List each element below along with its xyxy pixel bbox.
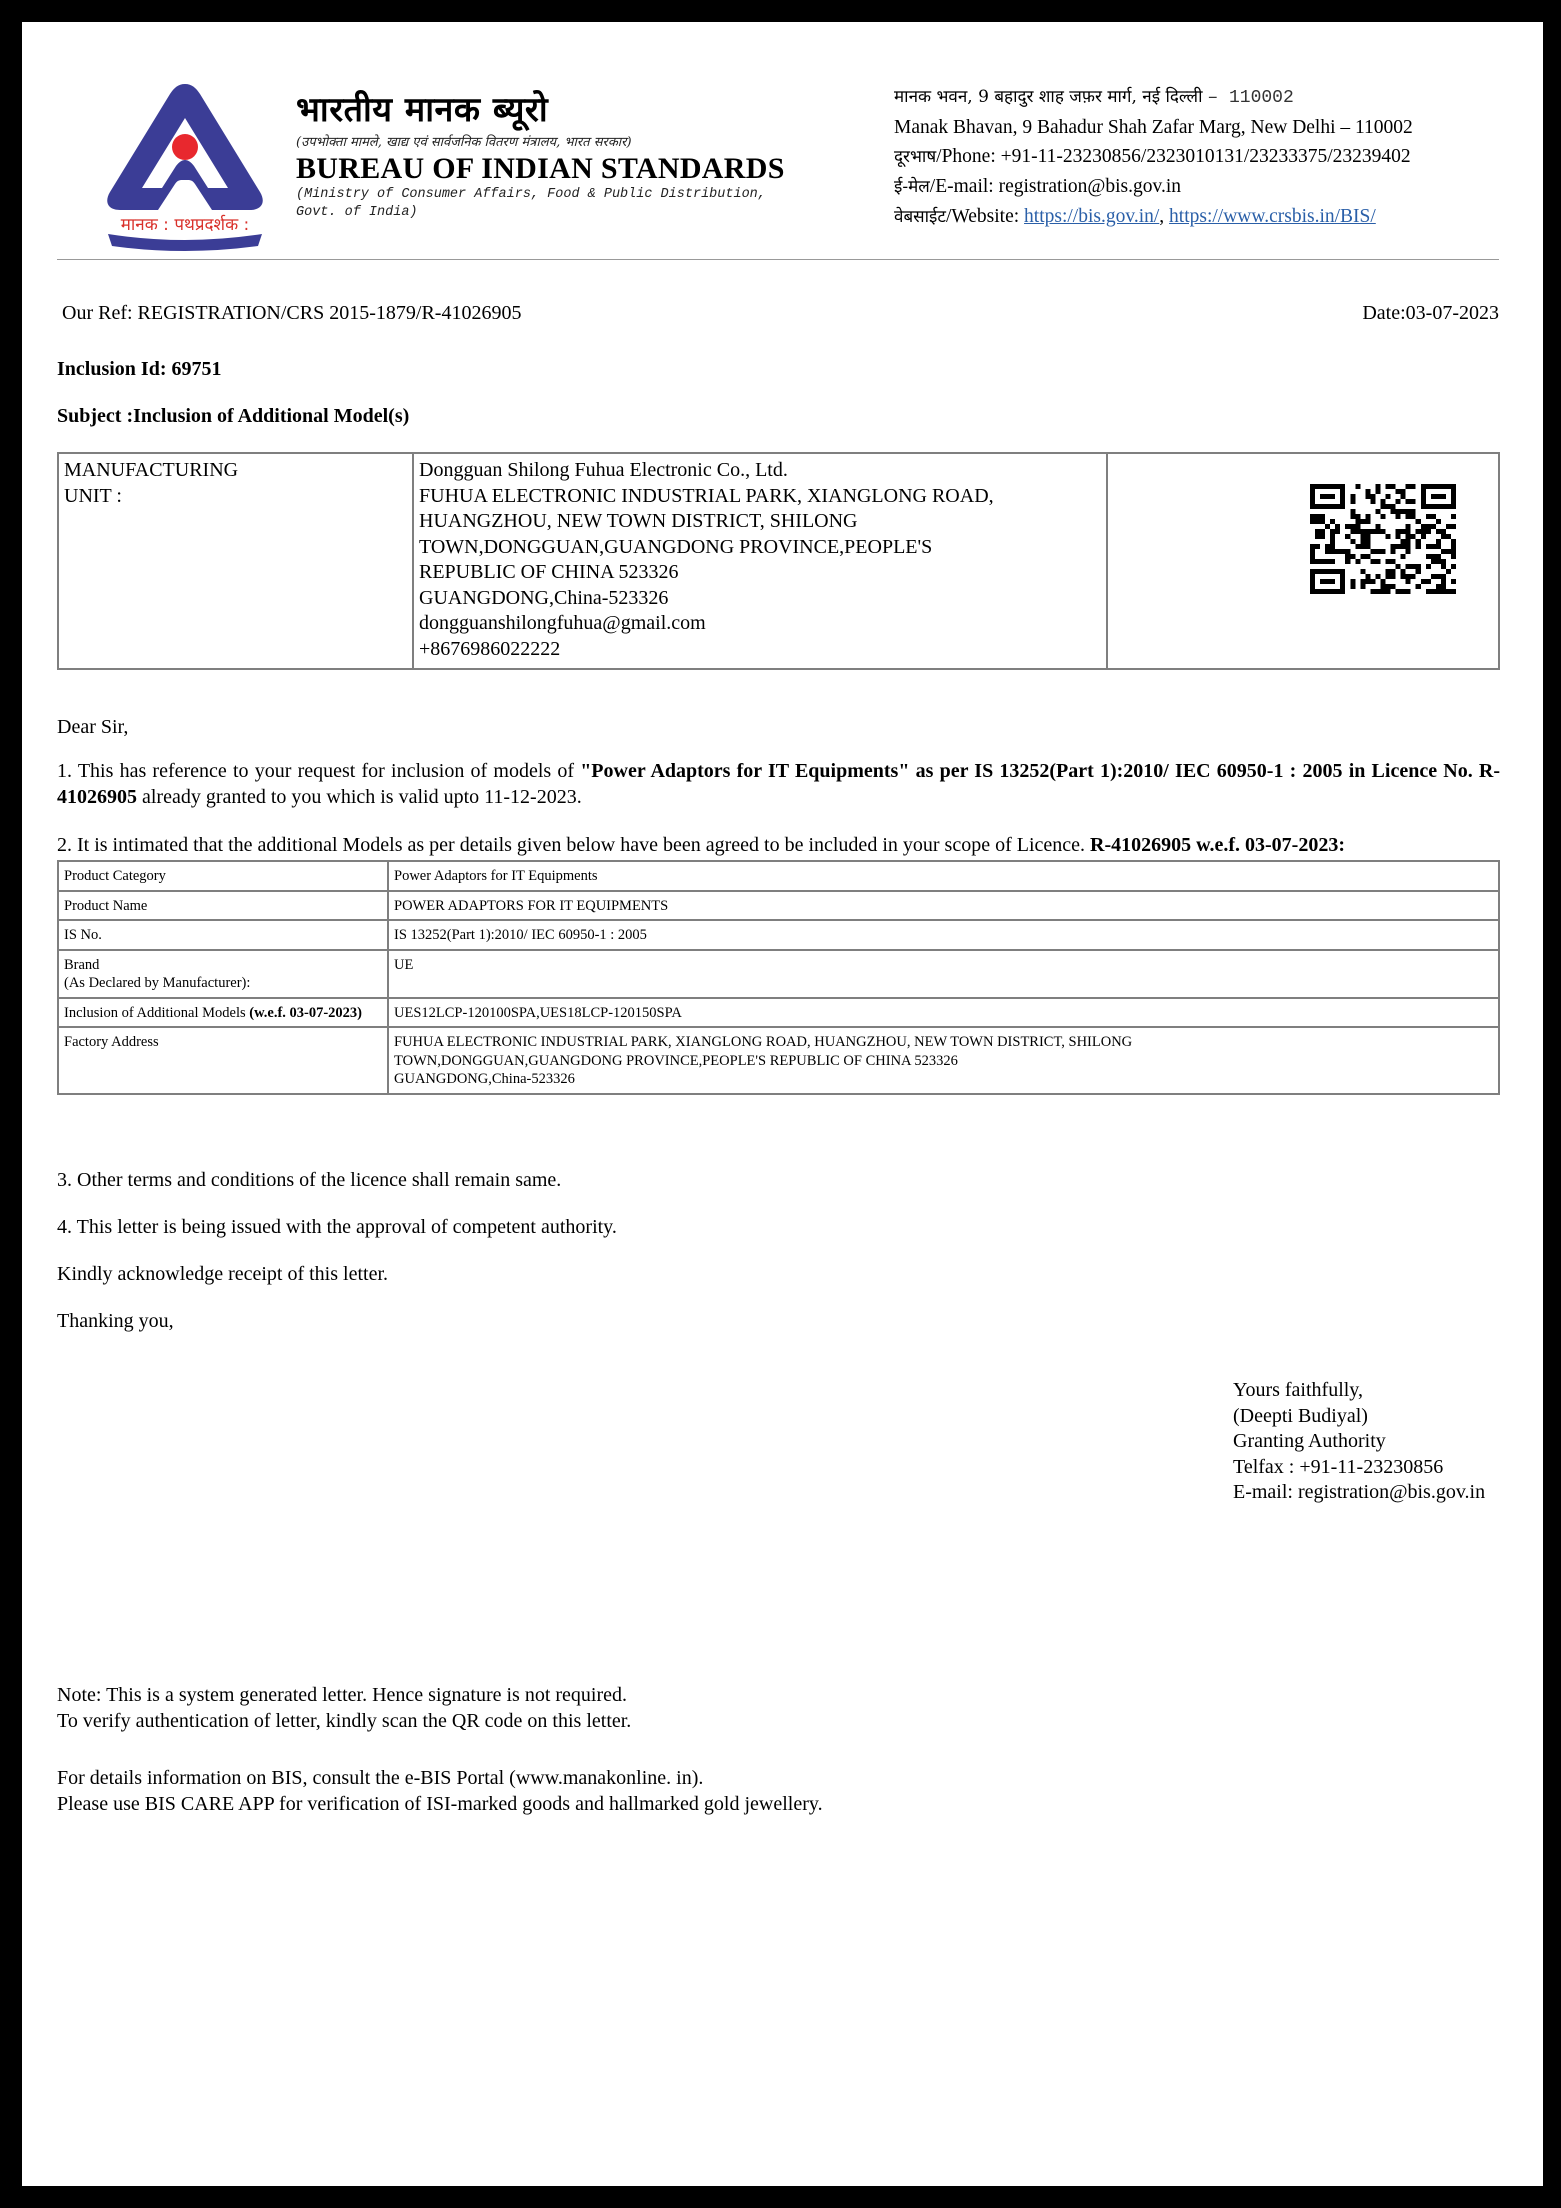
detail-key: Factory Address: [58, 1027, 388, 1094]
paragraph-3: 3. Other terms and conditions of the lic…: [57, 1167, 561, 1193]
signatory-email: E-mail: registration@bis.gov.in: [1233, 1480, 1485, 1506]
detail-key: Product Category: [58, 861, 388, 891]
table-row: IS No. IS 13252(Part 1):2010/ IEC 60950-…: [58, 920, 1499, 950]
manufacturing-unit-table: MANUFACTURING UNIT : Dongguan Shilong Fu…: [57, 452, 1500, 670]
phone-line: दूरभाष/Phone: +91-11-23230856/2323010131…: [894, 142, 1534, 172]
footer-info: For details information on BIS, consult …: [57, 1766, 823, 1817]
qr-code-icon: [1310, 484, 1456, 594]
phone-number: +91-11-23230856/2323010131/23233375/2323…: [1001, 146, 1411, 167]
table-row: Brand (As Declared by Manufacturer): UE: [58, 950, 1499, 998]
acknowledge-text: Kindly acknowledge receipt of this lette…: [57, 1261, 388, 1287]
signatory-telfax: Telfax : +91-11-23230856: [1233, 1455, 1485, 1481]
detail-key: Inclusion of Additional Models (w.e.f. 0…: [58, 998, 388, 1028]
ministry-english-line2: Govt. of India): [296, 204, 886, 222]
signature-block: Yours faithfully, (Deepti Budiyal) Grant…: [1233, 1378, 1485, 1506]
table-row: Factory Address FUHUA ELECTRONIC INDUSTR…: [58, 1027, 1499, 1094]
reference-number: Our Ref: REGISTRATION/CRS 2015-1879/R-41…: [62, 302, 521, 325]
manufacturing-unit-address: Dongguan Shilong Fuhua Electronic Co., L…: [413, 453, 1107, 669]
org-name-hindi: भारतीय मानक ब्यूरो: [296, 88, 886, 132]
address-line: HUANGZHOU, NEW TOWN DISTRICT, SHILONG: [419, 509, 1101, 535]
email-line: ई-मेल/E-mail: registration@bis.gov.in: [894, 172, 1534, 202]
website-line: वेबसाईट/Website: https://bis.gov.in/, ht…: [894, 202, 1534, 232]
website-link-bis[interactable]: https://bis.gov.in/: [1024, 206, 1159, 227]
ministry-hindi: (उपभोक्ता मामले, खाद्य एवं सार्वजनिक वित…: [296, 134, 886, 152]
address-line: FUHUA ELECTRONIC INDUSTRIAL PARK, XIANGL…: [419, 484, 1101, 510]
paragraph-2: 2. It is intimated that the additional M…: [57, 832, 1500, 858]
qr-code-cell: [1107, 453, 1499, 669]
org-name-english: BUREAU OF INDIAN STANDARDS: [296, 152, 886, 186]
header-divider: [57, 259, 1499, 260]
paragraph-4: 4. This letter is being issued with the …: [57, 1214, 617, 1240]
detail-value: UES12LCP-120100SPA,UES18LCP-120150SPA: [388, 998, 1499, 1028]
company-name: Dongguan Shilong Fuhua Electronic Co., L…: [419, 458, 1101, 484]
table-row: Inclusion of Additional Models (w.e.f. 0…: [58, 998, 1499, 1028]
detail-value: UE: [388, 950, 1499, 998]
detail-value: POWER ADAPTORS FOR IT EQUIPMENTS: [388, 891, 1499, 921]
detail-value: Power Adaptors for IT Equipments: [388, 861, 1499, 891]
ministry-english-line1: (Ministry of Consumer Affairs, Food & Pu…: [296, 186, 886, 204]
closing: Yours faithfully,: [1233, 1378, 1485, 1404]
detail-value: IS 13252(Part 1):2010/ IEC 60950-1 : 200…: [388, 920, 1499, 950]
letter-page: मानक : पथप्रदर्शक : भारतीय मानक ब्यूरो (…: [22, 22, 1543, 2186]
product-details-table: Product Category Power Adaptors for IT E…: [57, 860, 1500, 1095]
salutation: Dear Sir,: [57, 714, 128, 740]
address-hindi-line: मानक भवन, 9 बहादुर शाह जफ़र मार्ग, नई दि…: [894, 82, 1534, 113]
company-phone: +8676986022222: [419, 637, 1101, 663]
detail-key: IS No.: [58, 920, 388, 950]
paragraph-1: 1. This has reference to your request fo…: [57, 758, 1500, 810]
bis-logo-icon: मानक : पथप्रदर्शक :: [100, 80, 270, 252]
subject-line: Subject :Inclusion of Additional Model(s…: [57, 405, 409, 428]
detail-key: Product Name: [58, 891, 388, 921]
svg-text:मानक : पथप्रदर्शक :: मानक : पथप्रदर्शक :: [121, 214, 250, 235]
detail-key: Brand (As Declared by Manufacturer):: [58, 950, 388, 998]
letter-date: Date:03-07-2023: [1362, 302, 1499, 325]
website-link-crsbis[interactable]: https://www.crsbis.in/BIS/: [1169, 206, 1376, 227]
system-note: Note: This is a system generated letter.…: [57, 1683, 631, 1734]
email-address: registration@bis.gov.in: [999, 176, 1181, 197]
manufacturing-unit-label: MANUFACTURING UNIT :: [58, 453, 413, 669]
organization-header: भारतीय मानक ब्यूरो (उपभोक्ता मामले, खाद्…: [296, 88, 886, 222]
inclusion-id: Inclusion Id: 69751: [57, 358, 222, 381]
table-row: Product Name POWER ADAPTORS FOR IT EQUIP…: [58, 891, 1499, 921]
contact-info: मानक भवन, 9 बहादुर शाह जफ़र मार्ग, नई दि…: [894, 82, 1534, 232]
signatory-name: (Deepti Budiyal): [1233, 1404, 1485, 1430]
detail-value: FUHUA ELECTRONIC INDUSTRIAL PARK, XIANGL…: [388, 1027, 1499, 1094]
company-email: dongguanshilongfuhua@gmail.com: [419, 611, 1101, 637]
address-line: TOWN,DONGGUAN,GUANGDONG PROVINCE,PEOPLE'…: [419, 535, 1101, 561]
address-line: REPUBLIC OF CHINA 523326: [419, 560, 1101, 586]
table-row: Product Category Power Adaptors for IT E…: [58, 861, 1499, 891]
signatory-title: Granting Authority: [1233, 1429, 1485, 1455]
thanking-text: Thanking you,: [57, 1308, 174, 1334]
address-line: GUANGDONG,China-523326: [419, 586, 1101, 612]
address-english: Manak Bhavan, 9 Bahadur Shah Zafar Marg,…: [894, 113, 1534, 142]
